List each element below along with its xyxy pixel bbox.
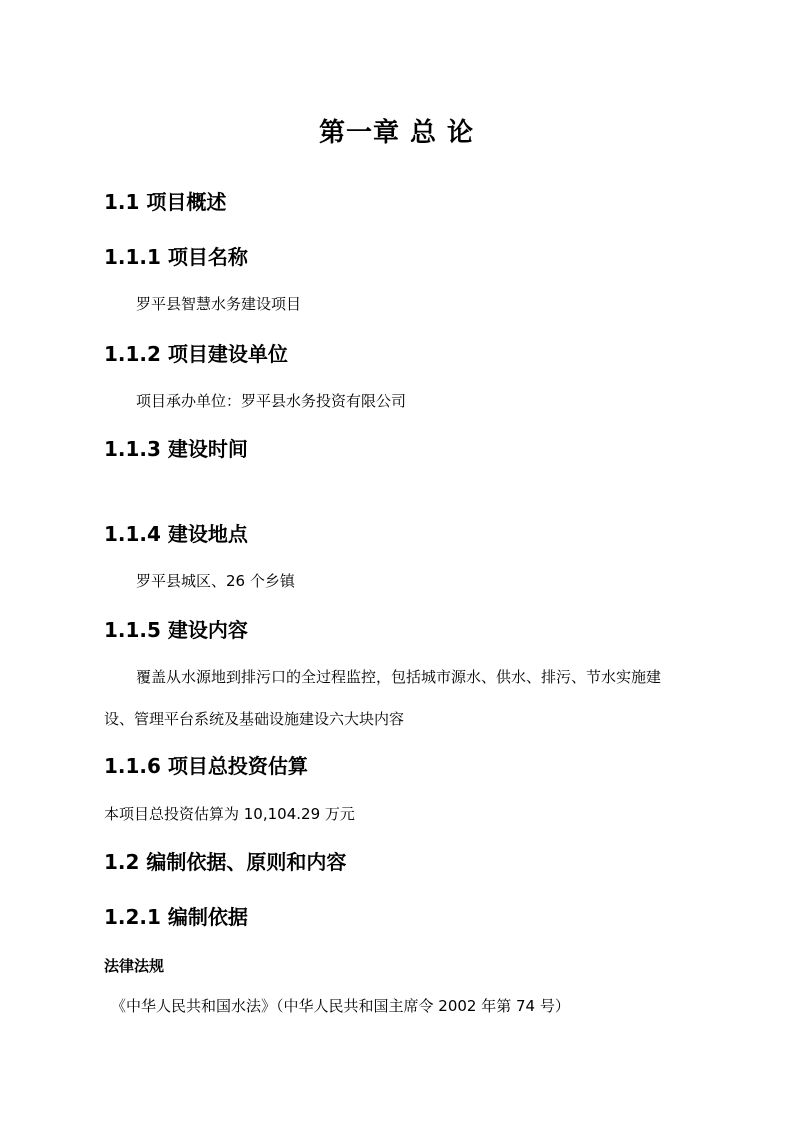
- laws-regulations-subheading: 法律法规: [104, 955, 164, 976]
- construction-unit-text: 项目承办单位：罗平县水务投资有限公司: [136, 390, 406, 411]
- water-law-citation: 《中华人民共和国水法》（中华人民共和国主席令 2002 年第 74 号）: [111, 995, 570, 1016]
- project-name-text: 罗平县智慧水务建设项目: [136, 293, 301, 314]
- section-heading-1-1-3: 1.1.3 建设时间: [104, 433, 248, 462]
- construction-content-line2: 设、管理平台系统及基础设施建设六大块内容: [104, 708, 404, 729]
- section-heading-1-1-5: 1.1.5 建设内容: [104, 614, 248, 643]
- section-heading-1-1-1: 1.1.1 项目名称: [104, 241, 248, 270]
- section-heading-1-1: 1.1 项目概述: [104, 186, 226, 215]
- construction-location-text: 罗平县城区、26 个乡镇: [136, 570, 295, 591]
- investment-estimate-text: 本项目总投资估算为 10,104.29 万元: [104, 803, 355, 824]
- section-heading-1-1-6: 1.1.6 项目总投资估算: [104, 750, 308, 779]
- chapter-title: 第一章 总 论: [0, 112, 793, 149]
- section-heading-1-2: 1.2 编制依据、原则和内容: [104, 846, 346, 875]
- section-heading-1-1-4: 1.1.4 建设地点: [104, 518, 248, 547]
- section-heading-1-2-1: 1.2.1 编制依据: [104, 901, 248, 930]
- construction-content-line1: 覆盖从水源地到排污口的全过程监控，包括城市源水、供水、排污、节水实施建: [136, 666, 661, 687]
- section-heading-1-1-2: 1.1.2 项目建设单位: [104, 338, 288, 367]
